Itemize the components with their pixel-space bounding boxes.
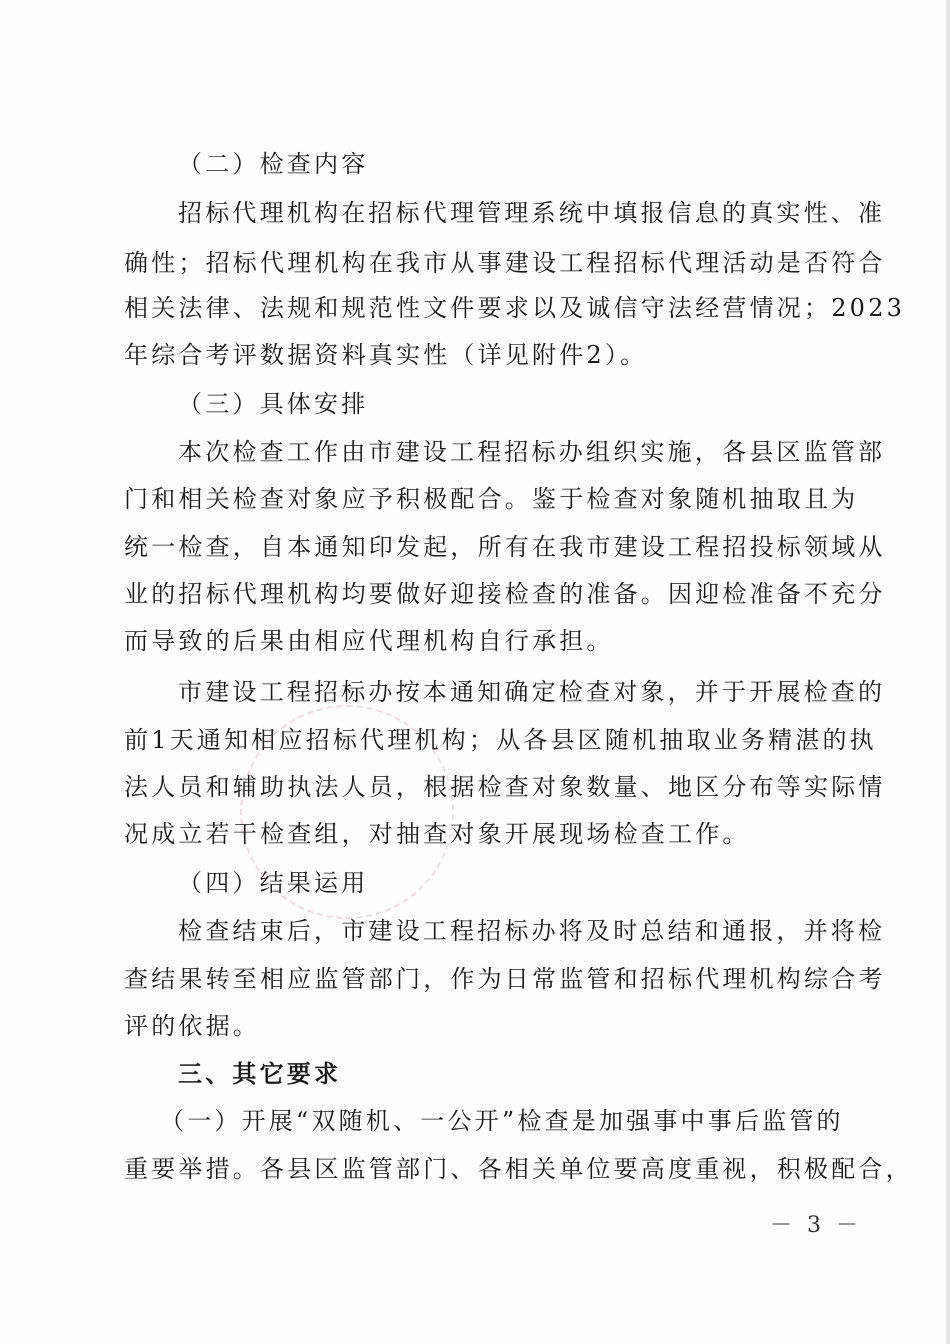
paragraph-line: 而导致的后果由相应代理机构自行承担。 xyxy=(124,624,828,658)
section-heading-inspection-content: （二）检查内容 xyxy=(178,147,882,181)
paragraph-line: 重要举措。各县区监管部门、各相关单位要高度重视，积极配合， xyxy=(124,1152,828,1186)
paragraph-line: 前1天通知相应招标代理机构；从各县区随机抽取业务精湛的执 xyxy=(124,723,828,757)
paragraph-line: （一）开展“双随机、一公开”检查是加强事中事后监管的 xyxy=(160,1104,828,1138)
paragraph-line: 统一检查，自本通知印发起，所有在我市建设工程招投标领域从 xyxy=(124,530,828,564)
page-number: － 3 － xyxy=(770,1208,862,1239)
paragraph-line: 市建设工程招标办按本通知确定检查对象，并于开展检查的 xyxy=(178,675,828,709)
paragraph-line: 检查结束后，市建设工程招标办将及时总结和通报，并将检 xyxy=(178,914,828,948)
paragraph-line: 招标代理机构在招标代理管理系统中填报信息的真实性、准 xyxy=(178,196,828,230)
paragraph-line: 确性；招标代理机构在我市从事建设工程招标代理活动是否符合 xyxy=(124,246,828,280)
paragraph-line: 本次检查工作由市建设工程招标办组织实施，各县区监管部 xyxy=(178,435,828,469)
paragraph-line: 法人员和辅助执法人员，根据检查对象数量、地区分布等实际情 xyxy=(124,770,828,804)
paragraph-line: 相关法律、法规和规范性文件要求以及诚信守法经营情况；2023 xyxy=(124,291,828,325)
section-heading-other-requirements: 三、其它要求 xyxy=(178,1057,882,1091)
paragraph-line: 查结果转至相应监管部门，作为日常监管和招标代理机构综合考 xyxy=(124,962,828,996)
paragraph-line: 评的依据。 xyxy=(124,1009,828,1043)
paragraph-line: 年综合考评数据资料真实性（详见附件2）。 xyxy=(124,338,828,372)
paragraph-line: 门和相关检查对象应予积极配合。鉴于检查对象随机抽取且为 xyxy=(124,482,828,516)
page-edge xyxy=(946,0,950,1344)
paragraph-line: 况成立若干检查组，对抽查对象开展现场检查工作。 xyxy=(124,817,828,851)
document-page: （二）检查内容 招标代理机构在招标代理管理系统中填报信息的真实性、准 确性；招标… xyxy=(0,0,950,1344)
section-heading-specific-arrangement: （三）具体安排 xyxy=(178,387,882,421)
section-heading-result-application: （四）结果运用 xyxy=(178,866,882,900)
paragraph-line: 业的招标代理机构均要做好迎接检查的准备。因迎检准备不充分 xyxy=(124,577,828,611)
